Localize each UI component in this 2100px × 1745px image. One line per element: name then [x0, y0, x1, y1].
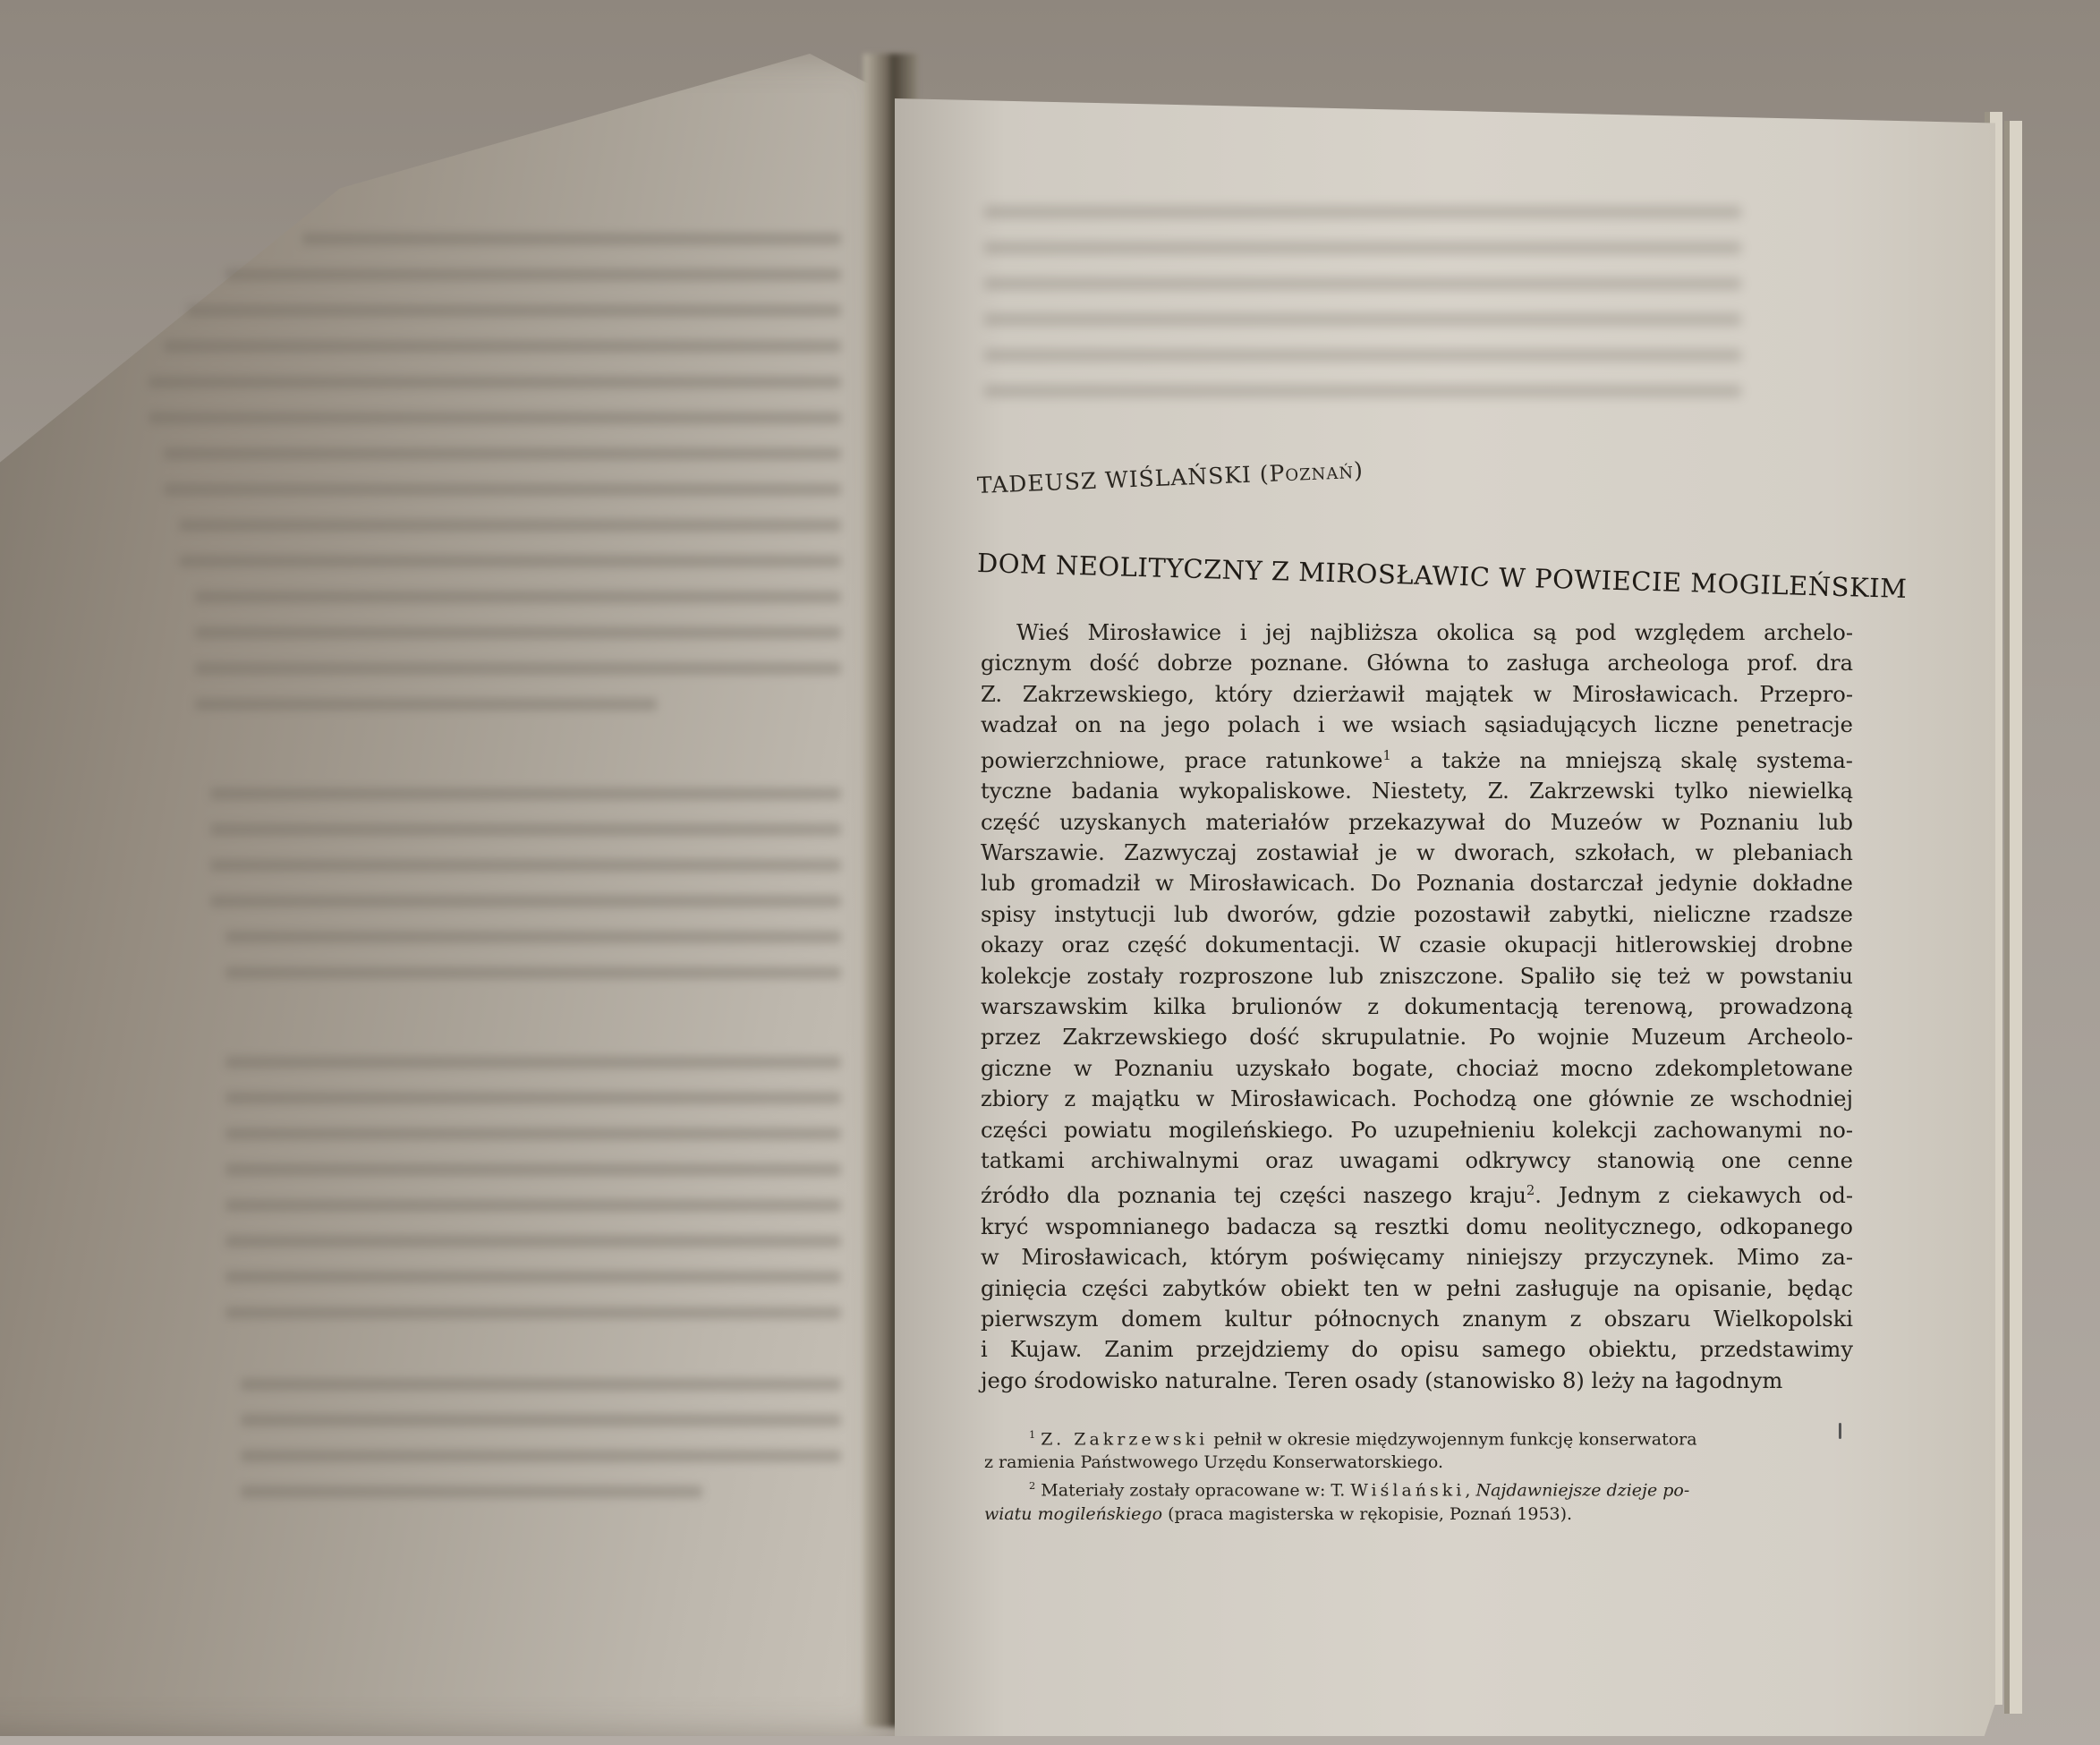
body-line: Warszawie. Zazwyczaj zostawiał je w dwor…: [981, 838, 1853, 868]
body-line: ginięcia części zabytków obiekt ten w pe…: [981, 1273, 1853, 1304]
body-line: przez Zakrzewskiego dość skrupulatnie. P…: [981, 1022, 1853, 1052]
footnote-text: (praca magisterska w rękopisie, Poznań 1…: [1168, 1504, 1572, 1524]
body-line: kryć wspomnianego badacza są resztki dom…: [981, 1212, 1853, 1242]
body-line: części powiatu mogileńskiego. Po uzupełn…: [981, 1115, 1853, 1145]
body-line: pierwszym domem kultur północnych znanym…: [981, 1304, 1853, 1334]
footnotes: 1 Z. Zakrzewski pełnił w okresie międzyw…: [984, 1423, 1852, 1526]
body-line: okazy oraz część dokumentacji. W czasie …: [981, 930, 1853, 960]
footnote-2: 2 Materiały zostały opracowane w: T. Wiś…: [984, 1474, 1852, 1502]
page-edges: [2004, 121, 2022, 1714]
footnote-mark: 2: [1029, 1479, 1035, 1492]
body-line: zbiory z majątku w Mirosławicach. Pochod…: [981, 1084, 1853, 1114]
body-line: kolekcje zostały rozproszone lub zniszcz…: [981, 961, 1853, 992]
body-line: i Kujaw. Zanim przejdziemy do opisu same…: [981, 1334, 1853, 1365]
body-line-part: źródło dla poznania tej części naszego k…: [981, 1183, 1526, 1208]
body-line: spisy instytucji lub dworów, gdzie pozos…: [981, 899, 1853, 930]
footnote-1-continued: z ramienia Państwowego Urzędu Konserwato…: [984, 1451, 1852, 1474]
footnote-person: Z. Zakrzewski: [1041, 1429, 1208, 1449]
body-line: część uzyskanych materiałów przekazywał …: [981, 807, 1853, 838]
footnote-2-continued: wiatu mogileńskiego (praca magisterska w…: [984, 1502, 1852, 1526]
body-line: w Mirosławicach, którym poświęcamy ninie…: [981, 1242, 1853, 1273]
body-line: warszawskim kilka brulionów z dokumentac…: [981, 992, 1853, 1022]
left-page-illegible-text: [72, 233, 841, 1521]
body-line: tyczne badania wykopaliskowe. Niestety, …: [981, 776, 1853, 806]
article-body: Wieś Mirosławice i jej najbliższa okolic…: [981, 617, 1853, 1396]
body-line-part: powierzchniowe, prace ratunkowe: [981, 748, 1382, 773]
body-line: tatkami archiwalnymi oraz uwagami odkryw…: [981, 1145, 1853, 1176]
footnote-1: 1 Z. Zakrzewski pełnił w okresie międzyw…: [984, 1423, 1852, 1451]
footnote-text: Materiały zostały opracowane w: T.: [1041, 1481, 1345, 1501]
footnote-person: Wiślański: [1350, 1481, 1465, 1501]
body-line: Z. Zakrzewskiego, który dzierżawił mająt…: [981, 679, 1853, 710]
body-line: giczne w Poznaniu uzyskało bogate, choci…: [981, 1053, 1853, 1084]
footnote-ref-2[interactable]: 2: [1526, 1184, 1535, 1198]
body-line-part: a także na mniejszą skalę systema-: [1410, 748, 1853, 773]
body-line-part: . Jednym z ciekawych od-: [1535, 1183, 1853, 1208]
footnote-work-title: wiatu mogileńskiego: [984, 1504, 1162, 1524]
pencil-mark: [1839, 1423, 1841, 1439]
footnote-text: pełnił w okresie międzywojennym funkcję …: [1213, 1429, 1696, 1449]
body-line: powierzchniowe, prace ratunkowe1 a także…: [981, 741, 1853, 776]
body-line: lub gromadził w Mirosławicach. Do Poznan…: [981, 868, 1853, 898]
body-line: gicznym dość dobrze poznane. Główna to z…: [981, 648, 1853, 678]
body-line: źródło dla poznania tej części naszego k…: [981, 1176, 1853, 1211]
footnote-work-title: Najdawniejsze dzieje po-: [1475, 1481, 1689, 1501]
right-page-bleed-through: [984, 206, 1807, 447]
body-line: jego środowisko naturalne. Teren osady (…: [981, 1366, 1853, 1396]
body-line: Wieś Mirosławice i jej najbliższa okolic…: [981, 617, 1853, 648]
footnote-ref-1[interactable]: 1: [1382, 749, 1390, 763]
body-line: wadzał on na jego polach i we wsiach sąs…: [981, 710, 1853, 740]
footnote-mark: 1: [1029, 1428, 1035, 1441]
